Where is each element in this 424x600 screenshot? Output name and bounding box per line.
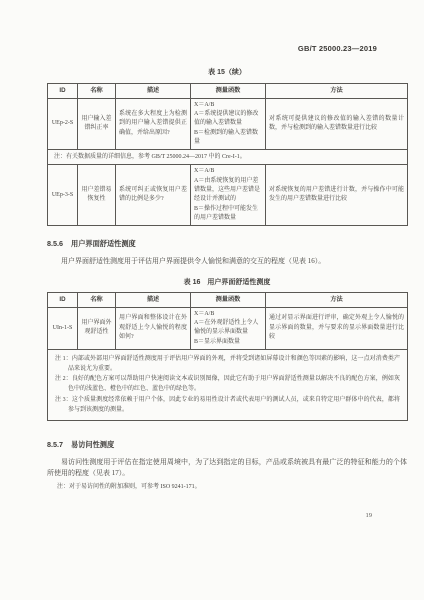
table-note-row: 注：有关数据质量的详细信息，参考 GB/T 25000.24—2017 中的 C… — [48, 150, 408, 165]
function-line: B＝操作过程中可能发生的用户差错数量 — [194, 205, 262, 224]
cell-id: UEp-3-S — [48, 165, 78, 226]
standard-number-header: GB/T 25000.23—2019 — [47, 0, 407, 53]
section-title: 用户界面舒适性测度 — [71, 239, 136, 248]
table-15-caption: 表 15（续） — [47, 67, 407, 77]
section-heading-8-5-7: 8.5.7易访问性测度 — [47, 440, 407, 450]
function-line: B＝检测到的输入差错数量 — [194, 129, 262, 148]
function-line: X＝A/B — [194, 310, 262, 319]
page-content: GB/T 25000.23—2019 表 15（续） ID 名称 描述 测量函数… — [47, 0, 407, 519]
table-15: ID 名称 描述 测量函数 方法 UEp-2-S 用户输入差错纠正率 系统在多大… — [47, 83, 408, 226]
note-2: 注 2：良好的配色方案可以帮助用户快速阅读文本或识别图像，因此它有助于用户界面舒… — [55, 374, 400, 394]
function-line: B＝显示界面数量 — [194, 338, 262, 347]
cell-description: 系统在多大程度上为检测到的用户输入差错提供正确值，并给出原因? — [116, 98, 191, 149]
function-line: A＝系统提供建议的修改值的输入差错数量 — [194, 110, 262, 129]
cell-name: 用户界面外观舒适性 — [78, 307, 116, 349]
col-header-method: 方法 — [266, 293, 408, 308]
section-8-5-7-note: 注：对于易访问性的附加准则，可参考 ISO 9241-171。 — [57, 481, 407, 490]
cell-name: 用户输入差错纠正率 — [78, 98, 116, 149]
page-number: 19 — [47, 512, 407, 519]
cell-id: UIn-1-S — [48, 307, 78, 349]
table-15-note: 注：有关数据质量的详细信息，参考 GB/T 25000.24—2017 中的 C… — [48, 150, 408, 165]
note-3: 注 3：这个质量测度经常依赖于用户个体，因此专业的易用性设计者或代表用户的测试人… — [55, 395, 400, 415]
table-row: UEp-2-S 用户输入差错纠正率 系统在多大程度上为检测到的用户输入差错提供正… — [48, 98, 408, 149]
table-16-notes: 注 1：内部或外部用户界面舒适性测度用于评估用户界面的外观，并将受到诸如屏幕设计… — [48, 349, 408, 420]
cell-description: 系统可纠正或恢复用户差错的比例是多少? — [116, 165, 191, 226]
table-row: UIn-1-S 用户界面外观舒适性 用户界面和整体设计在外观舒适上令人愉悦的程度… — [48, 307, 408, 349]
cell-function: X＝A/B A＝系统提供建议的修改值的输入差错数量 B＝检测到的输入差错数量 — [191, 98, 266, 149]
document-page: GB/T 25000.23—2019 表 15（续） ID 名称 描述 测量函数… — [0, 0, 424, 600]
col-header-id: ID — [48, 84, 78, 99]
col-header-description: 描述 — [116, 84, 191, 99]
section-number: 8.5.6 — [47, 239, 63, 248]
note-1: 注 1：内部或外部用户界面舒适性测度用于评估用户界面的外观，并将受到诸如屏幕设计… — [55, 354, 400, 374]
cell-description: 用户界面和整体设计在外观舒适上令人愉悦的程度如何? — [116, 307, 191, 349]
function-line: A＝在外观舒适性上令人愉悦的显示界面数量 — [194, 319, 262, 338]
section-8-5-7-paragraph: 易访问性测度用于评估在指定使用周境中，为了达到指定的目标，产品或系统被具有最广泛… — [47, 457, 407, 479]
table-16-caption: 表 16 用户界面舒适性测度 — [47, 277, 407, 287]
cell-method: 通过对显示界面进行评审，确定外观上令人愉悦的显示界面的数量，并与要求的显示界面数… — [266, 307, 408, 349]
col-header-method: 方法 — [266, 84, 408, 99]
cell-id: UEp-2-S — [48, 98, 78, 149]
col-header-name: 名称 — [78, 293, 116, 308]
cell-function: X＝A/B A＝在外观舒适性上令人愉悦的显示界面数量 B＝显示界面数量 — [191, 307, 266, 349]
section-heading-8-5-6: 8.5.6用户界面舒适性测度 — [47, 239, 407, 249]
section-title: 易访问性测度 — [71, 440, 114, 449]
col-header-function: 测量函数 — [191, 84, 266, 99]
section-8-5-6-paragraph: 用户界面舒适性测度用于评估用户界面提供令人愉悦和满意的交互的程度（见表 16）。 — [47, 256, 407, 267]
col-header-id: ID — [48, 293, 78, 308]
cell-name: 用户差错易恢复性 — [78, 165, 116, 226]
function-line: X＝A/B — [194, 167, 262, 176]
table-16-header-row: ID 名称 描述 测量函数 方法 — [48, 293, 408, 308]
function-line: A＝由系统恢复的用户差错数量，这些用户差错是经设计并测试的 — [194, 177, 262, 205]
section-number: 8.5.7 — [47, 440, 63, 449]
table-15-header-row: ID 名称 描述 测量函数 方法 — [48, 84, 408, 99]
cell-method: 对系统恢复的用户差错进行计数，并与操作中可能发生的用户差错数量进行比较 — [266, 165, 408, 226]
table-16: ID 名称 描述 测量函数 方法 UIn-1-S 用户界面外观舒适性 用户界面和… — [47, 292, 408, 421]
function-line: X＝A/B — [194, 101, 262, 110]
cell-method: 对系统可提供建议的修改值的输入差错的数量计数，并与检测到的输入差错数量进行比较 — [266, 98, 408, 149]
table-notes-row: 注 1：内部或外部用户界面舒适性测度用于评估用户界面的外观，并将受到诸如屏幕设计… — [48, 349, 408, 420]
cell-function: X＝A/B A＝由系统恢复的用户差错数量，这些用户差错是经设计并测试的 B＝操作… — [191, 165, 266, 226]
col-header-name: 名称 — [78, 84, 116, 99]
col-header-function: 测量函数 — [191, 293, 266, 308]
table-row: UEp-3-S 用户差错易恢复性 系统可纠正或恢复用户差错的比例是多少? X＝A… — [48, 165, 408, 226]
col-header-description: 描述 — [116, 293, 191, 308]
